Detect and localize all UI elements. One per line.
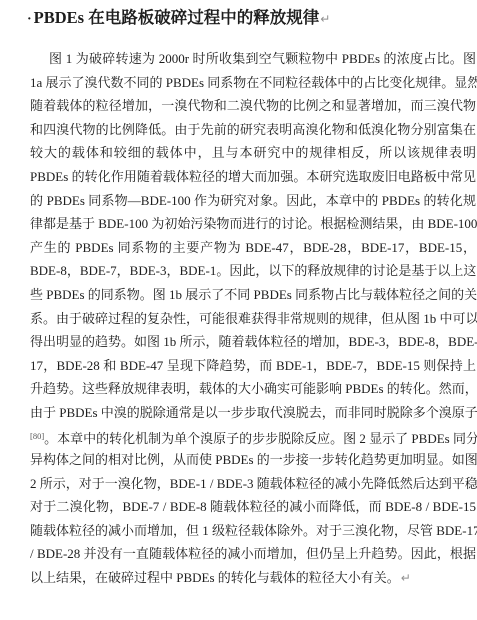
text-line: / BDE-28 并没有一直随载体粒径的减小而增加，但仍呈上升趋势。因此，根据 xyxy=(30,542,476,566)
text-line-content: 得出明显的趋势。如图 1b 所示，随着载体粒径的增加，BDE-3，BDE-8，B… xyxy=(30,334,477,349)
text-line: 较大的载体和较细的载体中，且与本研究中的规律相反，所以该规律表明 xyxy=(30,141,476,165)
text-line-content: 异构体之间的相对比例，从而使 PBDEs 的一步接一步转化趋势更加明显。如图 xyxy=(30,452,477,467)
text-line-content: 图 1 为破碎转速为 2000r 时所收集到空气颗粒物中 PBDEs 的浓度占比… xyxy=(49,51,476,66)
text-line: 和四溴代物的比例降低。由于先前的研究表明高溴化物和低溴化物分别富集在 xyxy=(30,118,476,142)
text-line: 系。由于破碎过程的复杂性，可能很难获得非常规则的规律，但从图 1b 中可以 xyxy=(30,307,476,331)
text-line-content: 升趋势。这些释放规律表明，载体的大小确实可能影响 PBDEs 的转化。然而， xyxy=(30,381,477,396)
text-line: 得出明显的趋势。如图 1b 所示，随着载体粒径的增加，BDE-3，BDE-8，B… xyxy=(30,330,476,354)
text-line-content: 和四溴代物的比例降低。由于先前的研究表明高溴化物和低溴化物分别富集在 xyxy=(30,122,476,137)
text-line: 升趋势。这些释放规律表明，载体的大小确实可能影响 PBDEs 的转化。然而， xyxy=(30,377,476,401)
citation-superscript: [80] xyxy=(30,431,44,441)
text-line-content: PBDEs 的转化作用随着载体粒径的增大而加强。本研究选取废旧电路板中常见 xyxy=(30,169,476,184)
text-line-content: 系。由于破碎过程的复杂性，可能很难获得非常规则的规律，但从图 1b 中可以 xyxy=(30,311,477,326)
text-line-content: 。本章中的转化机制为单个溴原子的步步脱除反应。图 2 显示了 PBDEs 同分 xyxy=(44,431,477,446)
text-line: [80]。本章中的转化机制为单个溴原子的步步脱除反应。图 2 显示了 PBDEs… xyxy=(30,425,476,449)
text-line: BDE-8，BDE-7，BDE-3，BDE-1。因此，以下的释放规律的讨论是基于… xyxy=(30,259,476,283)
text-line: 产生的 PBDEs 同系物的主要产物为 BDE-47，BDE-28，BDE-17… xyxy=(30,236,476,260)
text-line-content: 以上结果，在破碎过程中 PBDEs 的转化与载体的粒径大小有关。 xyxy=(30,570,400,585)
text-line-content: 对于二溴化物，BDE-7 / BDE-8 随载体粒径的减小而降低，而 BDE-8… xyxy=(30,499,476,514)
text-line: 图 1 为破碎转速为 2000r 时所收集到空气颗粒物中 PBDEs 的浓度占比… xyxy=(30,47,476,71)
text-line-content: 随着载体的粒径增加，一溴代物和二溴代物的比例之和显著增加，而三溴代物 xyxy=(30,98,476,113)
text-line: 的 PBDEs 同系物—BDE-100 作为研究对象。因此，本章中的 PBDEs… xyxy=(30,189,476,213)
text-line-content: 律都是基于 BDE-100 为初始污染物而进行的讨论。根据检测结果，由 BDE-… xyxy=(30,216,477,231)
text-line-content: 些 PBDEs 的同系物。图 1b 展示了不同 PBDEs 同系物占比与载体粒径… xyxy=(30,287,477,302)
text-line-content: 17，BDE-28 和 BDE-47 呈现下降趋势，而 BDE-1，BDE-7，… xyxy=(30,358,476,373)
text-line-content: 较大的载体和较细的载体中，且与本研究中的规律相反，所以该规律表明 xyxy=(30,145,476,160)
text-line: 异构体之间的相对比例，从而使 PBDEs 的一步接一步转化趋势更加明显。如图 xyxy=(30,448,476,472)
list-bullet-icon: · xyxy=(27,12,32,27)
document-page: ·PBDEs 在电路板破碎过程中的释放规律↵ 图 1 为破碎转速为 2000r … xyxy=(0,0,477,620)
text-line: 对于二溴化物，BDE-7 / BDE-8 随载体粒径的减小而降低，而 BDE-8… xyxy=(30,495,476,519)
text-line-content: / BDE-28 并没有一直随载体粒径的减小而增加，但仍呈上升趋势。因此，根据 xyxy=(30,546,476,561)
body-paragraph[interactable]: 图 1 为破碎转速为 2000r 时所收集到空气颗粒物中 PBDEs 的浓度占比… xyxy=(30,47,476,590)
text-line-content: 由于 PBDEs 中溴的脱除通常是以一步步取代溴脱去，而非同时脱除多个溴原子 xyxy=(30,405,477,420)
text-line: PBDEs 的转化作用随着载体粒径的增大而加强。本研究选取废旧电路板中常见 xyxy=(30,165,476,189)
text-line-content: 产生的 PBDEs 同系物的主要产物为 BDE-47，BDE-28，BDE-17… xyxy=(30,240,476,255)
text-line: 由于 PBDEs 中溴的脱除通常是以一步步取代溴脱去，而非同时脱除多个溴原子 xyxy=(30,401,476,425)
text-line: 17，BDE-28 和 BDE-47 呈现下降趋势，而 BDE-1，BDE-7，… xyxy=(30,354,476,378)
text-line: 以上结果，在破碎过程中 PBDEs 的转化与载体的粒径大小有关。↵ xyxy=(30,566,476,590)
text-line: 些 PBDEs 的同系物。图 1b 展示了不同 PBDEs 同系物占比与载体粒径… xyxy=(30,283,476,307)
heading[interactable]: ·PBDEs 在电路板破碎过程中的释放规律↵ xyxy=(27,6,477,32)
text-line-content: 1a 展示了溴代数不同的 PBDEs 同系物在不同粒径载体中的占比变化规律。显然… xyxy=(30,75,477,90)
paragraph-mark-icon: ↵ xyxy=(401,571,411,585)
text-line: 1a 展示了溴代数不同的 PBDEs 同系物在不同粒径载体中的占比变化规律。显然… xyxy=(30,71,476,95)
text-line-content: 随载体粒径的减小而增加，但 1 级粒径载体除外。对于三溴化物，尽管 BDE-17 xyxy=(30,523,477,538)
text-line-content: 2 所示，对于一溴化物，BDE-1 / BDE-3 随载体粒径的减小先降低然后达… xyxy=(30,476,477,491)
text-line-content: BDE-8，BDE-7，BDE-3，BDE-1。因此，以下的释放规律的讨论是基于… xyxy=(30,263,476,278)
heading-text: PBDEs 在电路板破碎过程中的释放规律 xyxy=(34,8,320,27)
text-line: 随着载体的粒径增加，一溴代物和二溴代物的比例之和显著增加，而三溴代物 xyxy=(30,94,476,118)
paragraph-mark-icon: ↵ xyxy=(320,12,330,26)
text-line-content: 的 PBDEs 同系物—BDE-100 作为研究对象。因此，本章中的 PBDEs… xyxy=(30,193,476,208)
text-line: 随载体粒径的减小而增加，但 1 级粒径载体除外。对于三溴化物，尽管 BDE-17 xyxy=(30,519,476,543)
text-line: 律都是基于 BDE-100 为初始污染物而进行的讨论。根据检测结果，由 BDE-… xyxy=(30,212,476,236)
text-line: 2 所示，对于一溴化物，BDE-1 / BDE-3 随载体粒径的减小先降低然后达… xyxy=(30,472,476,496)
